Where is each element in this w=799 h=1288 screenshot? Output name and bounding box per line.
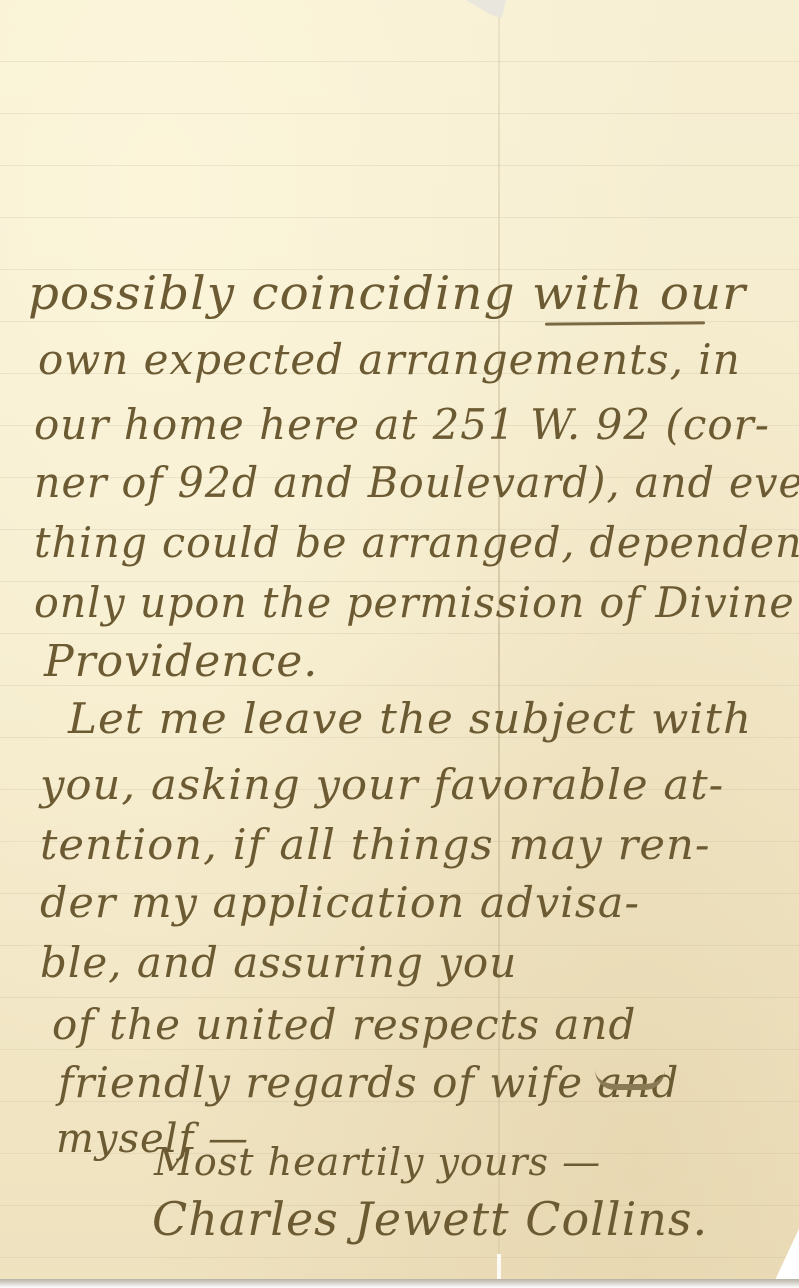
- signature: Charles Jewett Collins.: [152, 1192, 708, 1246]
- letter-line: der my application advisa-: [40, 878, 640, 927]
- letter-line: tention, if all things may ren-: [40, 820, 711, 869]
- letter-line: our home here at 251 W. 92 (cor-: [34, 400, 770, 449]
- letter-body: possibly coinciding with our own expecte…: [0, 0, 799, 1288]
- letter-line: only upon the permission of Divine: [34, 578, 795, 627]
- closing-flourish: [595, 1070, 665, 1090]
- closing: Most heartily yours —: [154, 1140, 601, 1184]
- letter-line: of the united respects and: [52, 1000, 636, 1049]
- letter-line: friendly regards of wife and: [58, 1058, 679, 1107]
- underline-our: [545, 321, 705, 325]
- letter-line: possibly coinciding with our: [28, 266, 746, 320]
- letter-line: Providence.: [44, 636, 318, 687]
- letter-line: Let me leave the subject with: [68, 694, 752, 743]
- letter-line: ble, and assuring you: [40, 938, 517, 987]
- letter-line: own expected arrangements, in: [38, 335, 741, 384]
- letter-line: ner of 92d and Boulevard), and every-: [34, 458, 799, 507]
- letter-line: you, asking your favorable at-: [40, 760, 724, 809]
- letter-line: thing could be arranged, dependent: [34, 518, 799, 567]
